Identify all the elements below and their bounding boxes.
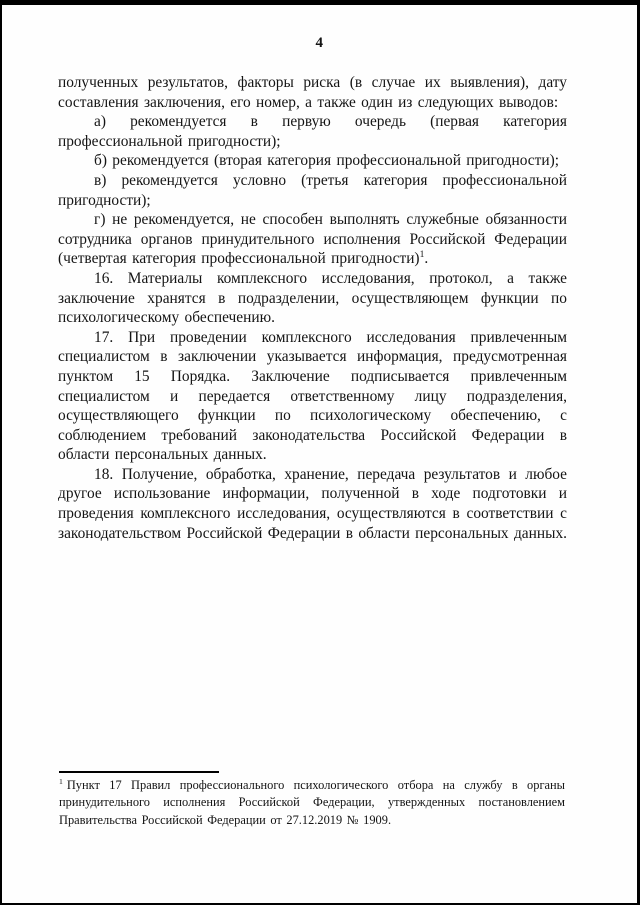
footnote-marker: 1 bbox=[59, 777, 63, 786]
paragraph-continuation: полученных результатов, факторы риска (в… bbox=[58, 73, 567, 112]
paragraph-item-g: г) не рекомендуется, не способен выполня… bbox=[58, 210, 567, 269]
document-body: полученных результатов, факторы риска (в… bbox=[58, 73, 567, 543]
paragraph-item-v: в) рекомендуется условно (третья категор… bbox=[58, 171, 567, 210]
page-whitespace bbox=[2, 543, 637, 771]
paragraph-item-g-text: г) не рекомендуется, не способен выполня… bbox=[58, 211, 567, 267]
document-page: 4 полученных результатов, факторы риска … bbox=[0, 0, 640, 905]
paragraph-item-g-period: . bbox=[424, 250, 428, 267]
page-number: 4 bbox=[2, 35, 637, 52]
paragraph-item-b: б) рекомендуется (вторая категория профе… bbox=[58, 151, 567, 171]
paragraph-17: 17. При проведении комплексного исследов… bbox=[58, 328, 567, 465]
paragraph-16: 16. Материалы комплексного исследования,… bbox=[58, 269, 567, 328]
footnote-separator bbox=[59, 771, 219, 773]
footnote-section: 1Пункт 17 Правил профессионального психо… bbox=[59, 771, 565, 829]
footnote-text: Пункт 17 Правил профессионального психол… bbox=[59, 778, 565, 827]
paragraph-18: 18. Получение, обработка, хранение, пере… bbox=[58, 465, 567, 543]
paragraph-item-a: а) рекомендуется в первую очередь (перва… bbox=[58, 112, 567, 151]
footnote: 1Пункт 17 Правил профессионального психо… bbox=[59, 777, 565, 829]
